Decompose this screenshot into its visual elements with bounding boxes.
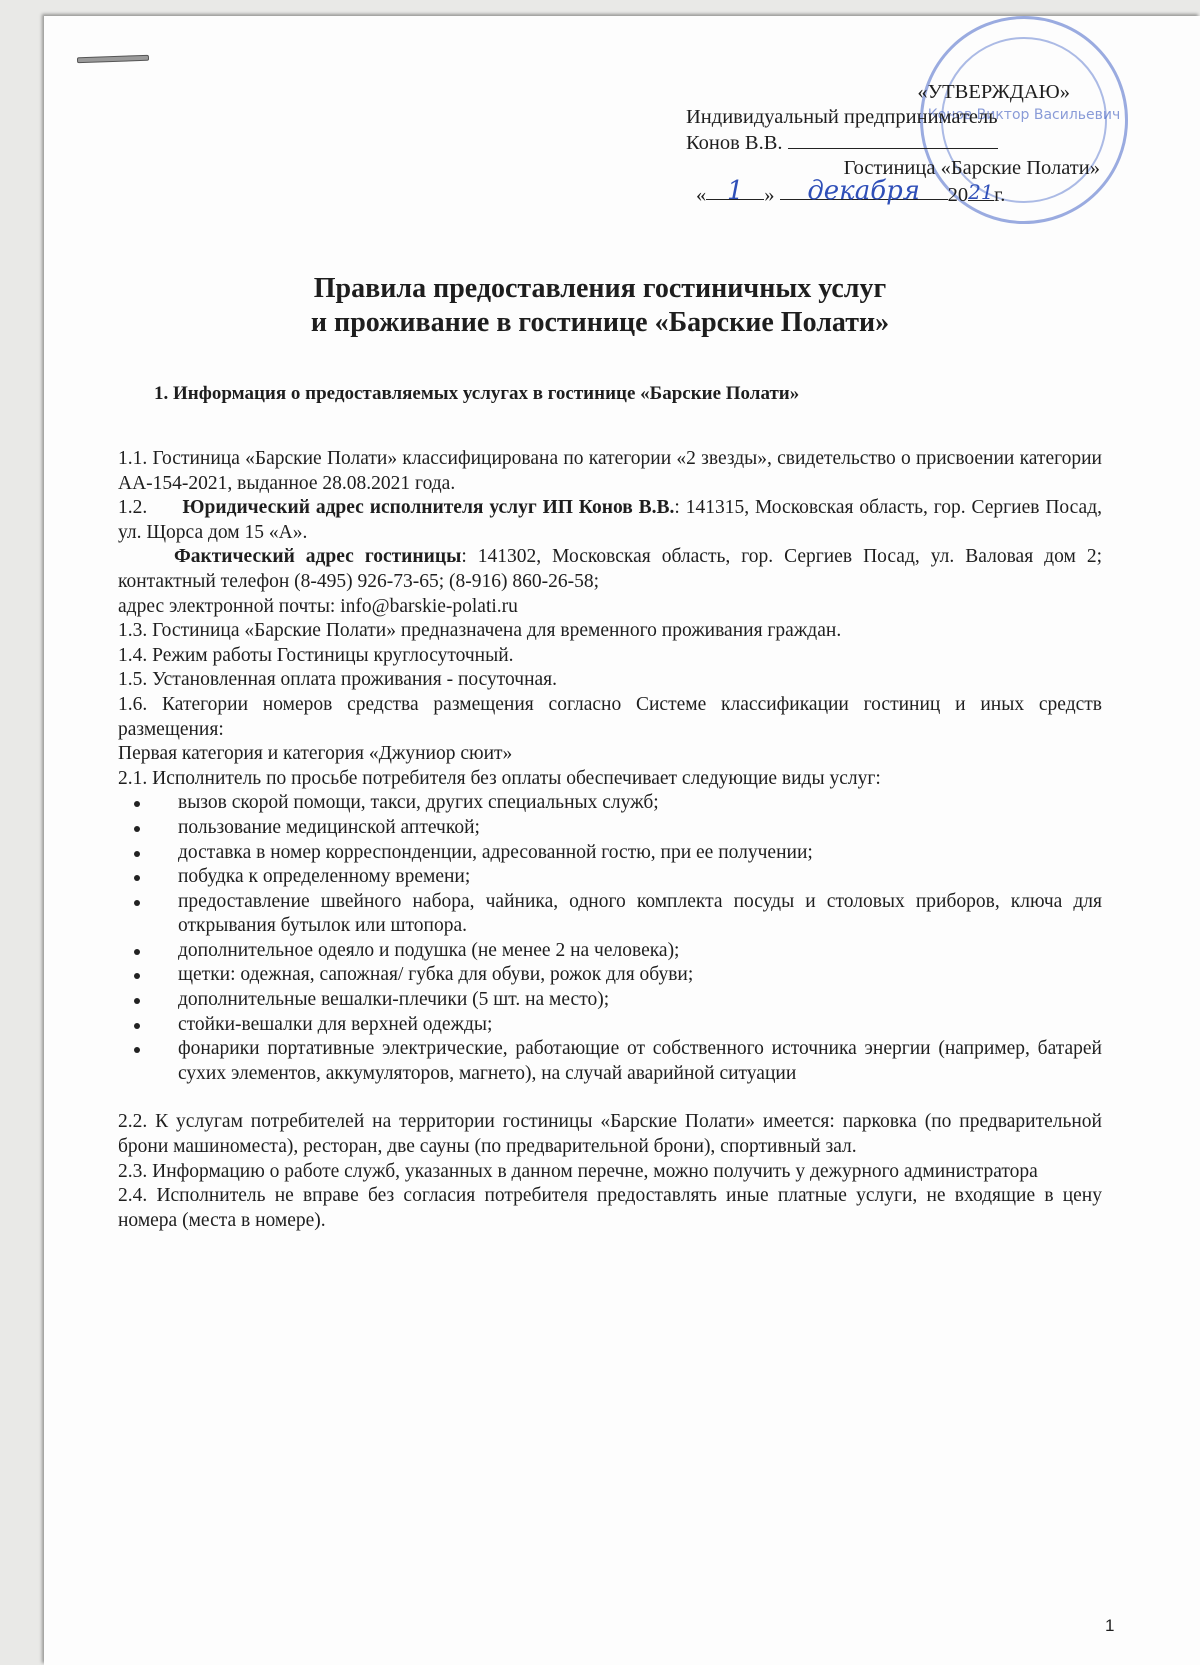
list-item: побудка к определенному времени; — [178, 865, 1102, 890]
document-title: Правила предоставления гостиничных услуг… — [0, 272, 1200, 340]
paragraph-1-5: 1.5. Установленная оплата проживания - п… — [118, 668, 1102, 693]
approval-name-line: Конов В.В. — [650, 130, 1120, 156]
paragraph-1-3: 1.3. Гостиница «Барские Полати» предназн… — [118, 619, 1102, 644]
actual-address-label: Фактический адрес гостиницы — [174, 546, 461, 567]
paragraph-1-1: 1.1. Гостиница «Барские Полати» классифи… — [118, 447, 1102, 496]
section-1-heading: 1. Информация о предоставляемых услугах … — [154, 383, 799, 405]
approver-name: Конов В.В. — [686, 132, 783, 154]
paragraph-number: 1.2. — [118, 497, 147, 518]
spacer — [118, 1086, 1102, 1110]
list-item: доставка в номер корреспонденции, адресо… — [178, 841, 1102, 866]
free-services-list: вызов скорой помощи, такси, других специ… — [118, 791, 1102, 1086]
date-suffix: г. — [994, 184, 1005, 206]
room-categories: Первая категория и категория «Джуниор сю… — [118, 742, 1102, 767]
list-item: щетки: одежная, сапожная/ губка для обув… — [178, 963, 1102, 988]
date-open-quote: « — [696, 184, 706, 206]
date-year-field: 21 — [968, 182, 994, 201]
approval-date-line: «1» декабря2021г. — [650, 181, 1120, 208]
title-line-2: и проживание в гостинице «Барские Полати… — [0, 306, 1200, 340]
approval-position: Индивидуальный предприниматель — [650, 105, 1120, 130]
paragraph-1-6: 1.6. Категории номеров средства размещен… — [118, 693, 1102, 742]
date-year: 21 — [968, 180, 993, 204]
paragraph-2-2: 2.2. К услугам потребителей на территори… — [118, 1110, 1102, 1159]
email-line: адрес электронной почты: info@barskie-po… — [118, 595, 1102, 620]
list-item: предоставление швейного набора, чайника,… — [178, 890, 1102, 939]
list-item: дополнительное одеяло и подушка (не мене… — [178, 939, 1102, 964]
list-item: стойки-вешалки для верхней одежды; — [178, 1013, 1102, 1038]
signature-line — [788, 130, 998, 149]
page-number: 1 — [1105, 1616, 1114, 1636]
date-month: декабря — [807, 176, 920, 206]
paragraph-2-4: 2.4. Исполнитель не вправе без согласия … — [118, 1184, 1102, 1233]
approval-block: «УТВЕРЖДАЮ» Индивидуальный предпринимате… — [650, 80, 1120, 208]
legal-address-label: Юридический адрес исполнителя услуг ИП К… — [183, 497, 675, 518]
date-month-field: декабря — [780, 181, 948, 200]
date-day: 1 — [727, 176, 744, 206]
paragraph-2-1: 2.1. Исполнитель по просьбе потребителя … — [118, 767, 1102, 792]
title-line-1: Правила предоставления гостиничных услуг — [0, 272, 1200, 306]
paragraph-1-4: 1.4. Режим работы Гостиницы круглосуточн… — [118, 644, 1102, 669]
list-item: пользование медицинской аптечкой; — [178, 816, 1102, 841]
paragraph-1-2: 1.2. Юридический адрес исполнителя услуг… — [118, 496, 1102, 545]
date-close-quote: » — [764, 184, 774, 206]
list-item: дополнительные вешалки-плечики (5 шт. на… — [178, 988, 1102, 1013]
date-day-field: 1 — [706, 181, 764, 200]
date-year-prefix: 20 — [948, 184, 969, 206]
list-item: вызов скорой помощи, такси, других специ… — [178, 791, 1102, 816]
paragraph-2-3: 2.3. Информацию о работе служб, указанны… — [118, 1160, 1102, 1185]
document-body: 1.1. Гостиница «Барские Полати» классифи… — [118, 447, 1102, 1233]
list-item: фонарики портативные электрические, рабо… — [178, 1037, 1102, 1086]
paragraph-actual-address: Фактический адрес гостиницы: 141302, Мос… — [118, 545, 1102, 594]
approval-heading: «УТВЕРЖДАЮ» — [650, 80, 1120, 105]
